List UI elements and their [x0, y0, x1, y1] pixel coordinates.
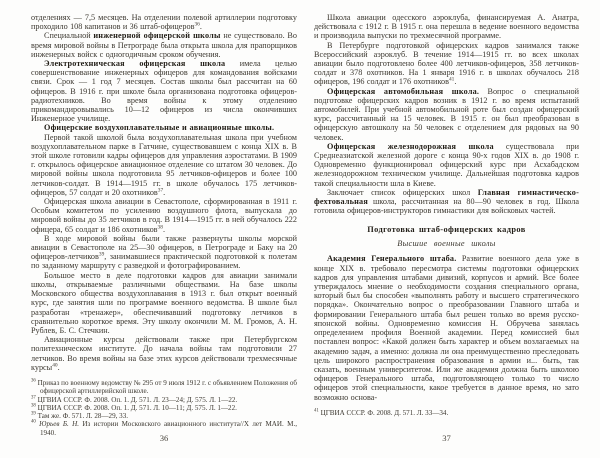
footnotes-right: 41 ЦГВИА СССР. Ф. 2008. Д. 571. Л. 33—34… — [314, 409, 579, 417]
page-number-right: 37 — [314, 433, 579, 443]
paragraph: Офицерская железнодорожная школа существ… — [314, 142, 579, 188]
bold-run: Главная гимнастическо-фехтовальная — [314, 188, 579, 206]
footnote-marker: 38 — [31, 403, 36, 408]
footnote: 38 ЦГВИА СССР. Ф. 2008. Оп. 1. Д. 571. Л… — [31, 404, 297, 412]
footnote: 36 Приказ по военному ведомству № 295 от… — [31, 379, 297, 396]
bold-run: Офицерские воздухоплавательные и авиацио… — [44, 123, 274, 132]
footnote-ref: 40 — [52, 362, 57, 368]
bold-run: инженерной офицерской школы — [93, 31, 220, 40]
subsection-heading: Высшие военные школы — [314, 239, 579, 249]
paragraph: Офицерская автомобильная школа. Вопрос о… — [314, 87, 579, 142]
paragraph: В Петербурге подготовкой офицерских кадр… — [314, 41, 579, 87]
footnote-marker: 39 — [31, 412, 36, 417]
paragraph: Первой такой школой была воздухоплавател… — [31, 133, 297, 197]
footnotes-left: 36 Приказ по военному ведомству № 295 от… — [31, 379, 297, 437]
paragraph: В ходе мировой войны были также разверну… — [31, 234, 297, 271]
page-body-left: отделениях — 7,5 месяцев. На отделении п… — [31, 13, 297, 372]
paragraph: Авиационные курсы действовали также при … — [31, 335, 297, 372]
page-body-right: Школа авиации одесского аэроклуба, финан… — [314, 13, 579, 402]
footnote-marker: 36 — [31, 379, 36, 384]
paragraph: Специальной инженерной офицерской школы … — [31, 31, 297, 59]
paragraph: Электротехническая офицерская школа имел… — [31, 59, 297, 123]
footnote-ref: 41 — [449, 77, 454, 83]
paragraph: Академия Генерального штаба. Развитие во… — [314, 254, 579, 401]
bold-run: Офицерская автомобильная школа. — [327, 87, 479, 96]
paragraph: Большое место в деле подготовки кадров д… — [31, 271, 297, 335]
bold-run: Офицерская железнодорожная школа — [327, 142, 494, 151]
footnote: 41 ЦГВИА СССР. Ф. 2008. Д. 571. Л. 33—34… — [314, 409, 579, 417]
paragraph: Заключает список офицерских школ Главная… — [314, 188, 579, 216]
paragraph: отделениях — 7,5 месяцев. На отделении п… — [31, 13, 297, 31]
footnote-ref: 38 — [158, 224, 163, 230]
footnote-marker: 41 — [314, 408, 319, 413]
section-heading: Подготовка штаб-офицерских кадров — [314, 225, 579, 235]
page-36: отделениях — 7,5 месяцев. На отделении п… — [31, 13, 297, 447]
footnote: 37 ЦГВИА СССР. Ф. 2008. Оп. 1. Д. 571. Л… — [31, 396, 297, 404]
paragraph: Офицерские воздухоплавательные и авиацио… — [31, 123, 297, 132]
footnote-marker: 40 — [31, 420, 36, 425]
footnote-ref: 37 — [158, 187, 163, 193]
italic-run: Юрьев Б. Н. — [39, 420, 79, 428]
paragraph: Офицерская школа авиации в Севастополе, … — [31, 197, 297, 234]
bold-run: Электротехническая офицерская школа — [44, 59, 225, 68]
bold-run: Академия Генерального штаба. — [327, 254, 456, 263]
footnote-ref: 39 — [99, 252, 104, 258]
book-scan: отделениях — 7,5 месяцев. На отделении п… — [0, 0, 600, 458]
paragraph: Школа авиации одесского аэроклуба, финан… — [314, 13, 579, 41]
page-37: Школа авиации одесского аэроклуба, финан… — [314, 13, 579, 447]
footnote-ref: 36 — [194, 21, 199, 27]
footnote-marker: 37 — [31, 395, 36, 400]
page-number-left: 36 — [31, 433, 297, 443]
